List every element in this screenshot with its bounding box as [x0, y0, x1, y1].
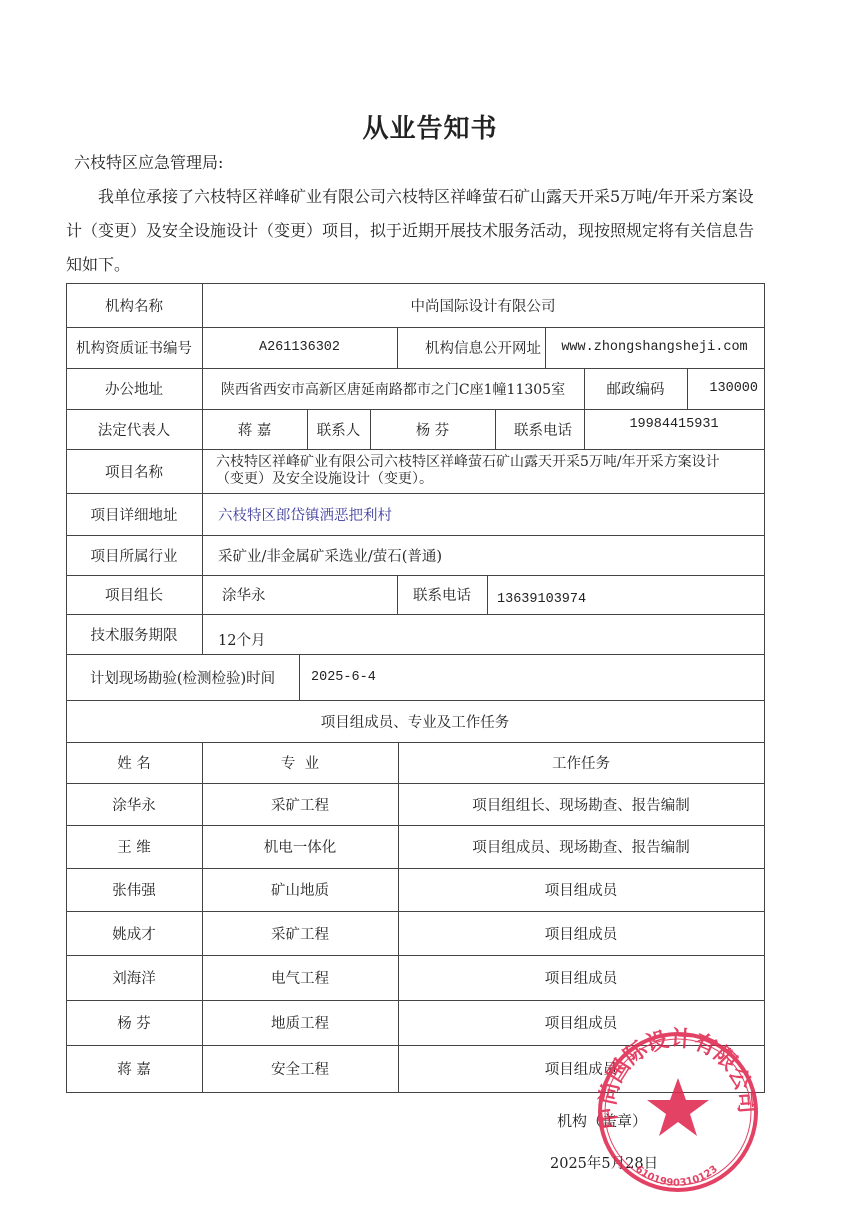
website-label: 机构信息公开网址 — [397, 327, 545, 368]
project-name-line2: （变更）及安全设施设计（变更）。 — [216, 471, 766, 488]
industry-value: 采矿业/非金属矿采选业/萤石(普通) — [202, 535, 764, 575]
member-major: 采矿工程 — [202, 911, 398, 955]
member-name: 蒋 嘉 — [66, 1045, 202, 1092]
contact-label: 联系人 — [307, 409, 370, 449]
members-section-title: 项目组成员、专业及工作任务 — [66, 700, 764, 742]
member-major: 电气工程 — [202, 955, 398, 1000]
leader-phone-label: 联系电话 — [397, 575, 487, 614]
project-name-line1: 六枝特区祥峰矿业有限公司六枝特区祥峰萤石矿山露天开采5万吨/年开采方案设计 — [216, 454, 766, 471]
service-period-label: 技术服务期限 — [66, 614, 202, 654]
header-major: 专 业 — [202, 742, 398, 783]
postcode-label: 邮政编码 — [584, 368, 687, 409]
project-address-value: 六枝特区郎岱镇洒恶把利村 — [202, 493, 764, 535]
member-name: 张伟强 — [66, 868, 202, 911]
intro-text: 我单位承接了六枝特区祥峰矿业有限公司六枝特区祥峰萤石矿山露天开采5万吨/年开采方… — [66, 187, 754, 274]
member-task: 项目组成员 — [398, 868, 764, 911]
header-name: 姓 名 — [66, 742, 202, 783]
survey-time-value: 2025-6-4 — [299, 654, 764, 700]
member-major: 安全工程 — [202, 1045, 398, 1092]
contact-value: 杨 芬 — [370, 409, 495, 449]
office-address-value: 陕西省西安市高新区唐延南路都市之门C座1幢11305室 — [202, 368, 584, 409]
org-name-value: 中尚国际设计有限公司 — [202, 283, 764, 327]
cert-no-label: 机构资质证书编号 — [66, 327, 202, 368]
project-name-value: 六枝特区祥峰矿业有限公司六枝特区祥峰萤石矿山露天开采5万吨/年开采方案设计 （变… — [216, 454, 766, 488]
member-major: 矿山地质 — [202, 868, 398, 911]
industry-label: 项目所属行业 — [66, 535, 202, 575]
cert-no-value: A261136302 — [202, 327, 397, 368]
leader-label: 项目组长 — [66, 575, 202, 614]
addressee: 六枝特区应急管理局: — [74, 150, 223, 173]
header-task: 工作任务 — [398, 742, 764, 783]
member-name: 涂华永 — [66, 783, 202, 825]
member-task: 项目组成员 — [398, 955, 764, 1000]
intro-paragraph: 我单位承接了六枝特区祥峰矿业有限公司六枝特区祥峰萤石矿山露天开采5万吨/年开采方… — [66, 180, 766, 282]
member-task: 项目组组长、现场勘查、报告编制 — [398, 783, 764, 825]
member-name: 刘海洋 — [66, 955, 202, 1000]
member-major: 采矿工程 — [202, 783, 398, 825]
member-task: 项目组成员 — [398, 911, 764, 955]
leader-value: 涂华永 — [206, 575, 397, 614]
postcode-value: 130000 — [687, 368, 764, 409]
project-name-label: 项目名称 — [66, 449, 202, 493]
office-address-label: 办公地址 — [66, 368, 202, 409]
contact-phone-label: 联系电话 — [495, 409, 584, 449]
legal-rep-label: 法定代表人 — [66, 409, 202, 449]
member-task: 项目组成员、现场勘查、报告编制 — [398, 825, 764, 868]
contact-phone-value: 19984415931 — [584, 409, 764, 439]
service-period-value: 12个月 — [202, 619, 764, 659]
legal-rep-value: 蒋 嘉 — [202, 409, 307, 449]
member-major: 机电一体化 — [202, 825, 398, 868]
member-name: 王 维 — [66, 825, 202, 868]
org-name-label: 机构名称 — [66, 283, 202, 327]
member-major: 地质工程 — [202, 1000, 398, 1045]
document-title: 从业告知书 — [0, 108, 860, 145]
member-name: 杨 芬 — [66, 1000, 202, 1045]
member-name: 姚成才 — [66, 911, 202, 955]
company-seal-stamp-icon: 中尚国际设计有限公司 6101990310123 — [590, 1020, 765, 1200]
project-address-label: 项目详细地址 — [66, 493, 202, 535]
leader-phone-value: 13639103974 — [487, 580, 764, 619]
website-value[interactable]: www.zhongshangsheji.com — [545, 327, 764, 368]
survey-time-label: 计划现场勘验(检测检验)时间 — [66, 654, 299, 700]
